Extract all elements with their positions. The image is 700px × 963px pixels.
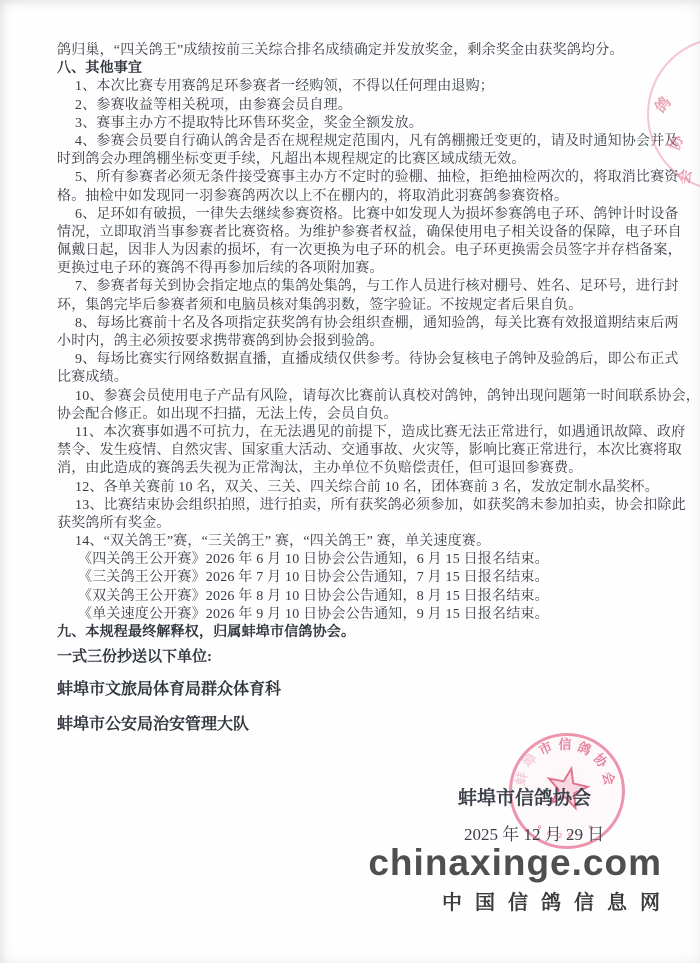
doc-line: 时到鸽会办理鸽棚坐标变更手续，凡超出本规程规定的比赛区域成绩无效。 bbox=[57, 151, 663, 169]
doc-line: 八、其他事宜 bbox=[57, 60, 663, 78]
doc-line: 获奖鸽所有奖金。 bbox=[57, 515, 663, 533]
scanned-document-page: 鸽归巢，“四关鸽王”成绩按前三关综合排名成绩确定并发放奖金，剩余奖金由获奖鸽均分… bbox=[0, 0, 700, 963]
doc-line: 情况，立即取消当事参赛者比赛资格。为维护参赛者权益，确保使用电子相关设备的保障，… bbox=[57, 224, 663, 242]
doc-line: 14、“双关鸽王”赛，“三关鸽王” 赛，“四关鸽王” 赛，单关速度赛。 bbox=[57, 533, 663, 551]
seal-arc-char: 鸽 bbox=[574, 738, 594, 758]
doc-line: 禁令、发生疫情、自然灾害、国家重大活动、交通事故、火灾等，影响比赛正常进行，本次… bbox=[57, 442, 663, 460]
doc-line: 格。抽检中如发现同一羽参赛鸽两次以上不在棚内的，将取消此羽赛鸽参赛资格。 bbox=[57, 188, 663, 206]
doc-line: 《单关速度公开赛》2026 年 9 月 10 日协会公告通知，9 月 15 日报… bbox=[57, 606, 663, 624]
document-body: 鸽归巢，“四关鸽王”成绩按前三关综合排名成绩确定并发放奖金，剩余奖金由获奖鸽均分… bbox=[57, 42, 663, 642]
doc-line: 9、每场比赛实行网络数据直播，直播成绩仅供参考。待协会复核电子鸽钟及验鸽后，即公… bbox=[57, 351, 663, 369]
doc-line: 《四关鸽王公开赛》2026 年 6 月 10 日协会公告通知，6 月 15 日报… bbox=[57, 551, 663, 569]
doc-line: 3、赛事主办方不提取特比环售环奖金，奖金全额发放。 bbox=[57, 115, 663, 133]
seal-arc-char: 埠 bbox=[519, 750, 540, 771]
doc-line: 鸽归巢，“四关鸽王”成绩按前三关综合排名成绩确定并发放奖金，剩余奖金由获奖鸽均分… bbox=[57, 42, 663, 60]
seal-arc-char: 市 bbox=[535, 738, 555, 758]
cc-unit-public-security-bureau: 蚌埠市公安局治安管理大队 bbox=[57, 711, 249, 734]
seal-arc-char: 信 bbox=[558, 737, 573, 752]
seal-arc-char: 协 bbox=[590, 750, 611, 771]
doc-line: 12、各单关赛前 10 名，双关、三关、四关综合前 10 名，团体赛前 3 名，… bbox=[57, 479, 663, 497]
doc-line: 比赛成绩。 bbox=[57, 369, 663, 387]
issuer-signature: 蚌埠市信鸽协会 bbox=[458, 783, 591, 810]
cc-header: 一式三份抄送以下单位: bbox=[57, 645, 212, 666]
doc-line: 佩戴日起，因非人为因素的损坏，有一次更换为电子环的机会。电子环更换需会员签字并存… bbox=[57, 242, 663, 260]
doc-line: 6、足环如有破损，一律失去继续参赛资格。比赛中如发现人为损坏参赛鸽电子环、鸽钟计… bbox=[57, 206, 663, 224]
doc-line: 《三关鸽王公开赛》2026 年 7 月 10 日协会公告通知，7 月 15 日报… bbox=[57, 569, 663, 587]
watermark-site-url: chinaxinge.com bbox=[368, 842, 662, 884]
doc-line: 2、参赛收益等相关税项，由参赛会员自理。 bbox=[57, 97, 663, 115]
doc-line: 10、参赛会员使用电子产品有风险，请每次比赛前认真校对鸽钟，鸽钟出现问题第一时间… bbox=[57, 388, 663, 406]
doc-line: 协会配合修正。如出现不扫描，无法上传，会员自负。 bbox=[57, 406, 663, 424]
doc-line: 5、所有参赛者必须无条件接受赛事主办方不定时的验棚、抽检，拒绝抽检两次的，将取消… bbox=[57, 169, 663, 187]
doc-line: 1、本次比赛专用赛鸽足环参赛者一经购领，不得以任何理由退购； bbox=[57, 78, 663, 96]
doc-line: 更换过电子环的赛鸽不得再参加后续的各项附加赛。 bbox=[57, 260, 663, 278]
doc-line: 8、每场比赛前十名及各项指定获奖鸽有协会组织查棚，通知验鸽，每关比赛有效报道期结… bbox=[57, 315, 663, 333]
watermark-site-name: 中国信鸽信息网 bbox=[442, 886, 673, 915]
doc-line: 《双关鸽王公开赛》2026 年 8 月 10 日协会公告通知，8 月 15 日报… bbox=[57, 588, 663, 606]
doc-line: 小时内，鸽主必须按要求携带赛鸽到协会报到验鸽。 bbox=[57, 333, 663, 351]
doc-line: 消，由此造成的赛鸽丢失视为正常淘汰，主办单位不负赔偿责任，但可退回参赛费。 bbox=[57, 460, 663, 478]
cc-unit-culture-sports-bureau: 蚌埠市文旅局体育局群众体育科 bbox=[57, 676, 281, 699]
doc-line: 4、参赛会员要自行确认鸽舍是否在规程规定范围内，凡有鸽棚搬迁变更的，请及时通知协… bbox=[57, 133, 663, 151]
doc-line: 7、参赛者每关到协会指定地点的集鸽处集鸽，与工作人员进行核对棚号、姓名、足环号，… bbox=[57, 278, 663, 296]
seal-arc-char: 会 bbox=[600, 770, 618, 788]
doc-line: 九、本规程最终解释权，归属蚌埠市信鸽协会。 bbox=[57, 624, 663, 642]
doc-line: 13、比赛结束协会组织拍照，进行拍卖，所有获奖鸽必须参加，如获奖鸽未参加拍卖，协… bbox=[57, 497, 663, 515]
doc-line: 11、本次赛事如遇不可抗力，在无法遇见的前提下，造成比赛无法正常进行，如遇通讯故… bbox=[57, 424, 663, 442]
doc-line: 环，集鸽完毕后参赛者须和电脑员核对集鸽羽数，签字验证。不按规定者后果自负。 bbox=[57, 297, 663, 315]
